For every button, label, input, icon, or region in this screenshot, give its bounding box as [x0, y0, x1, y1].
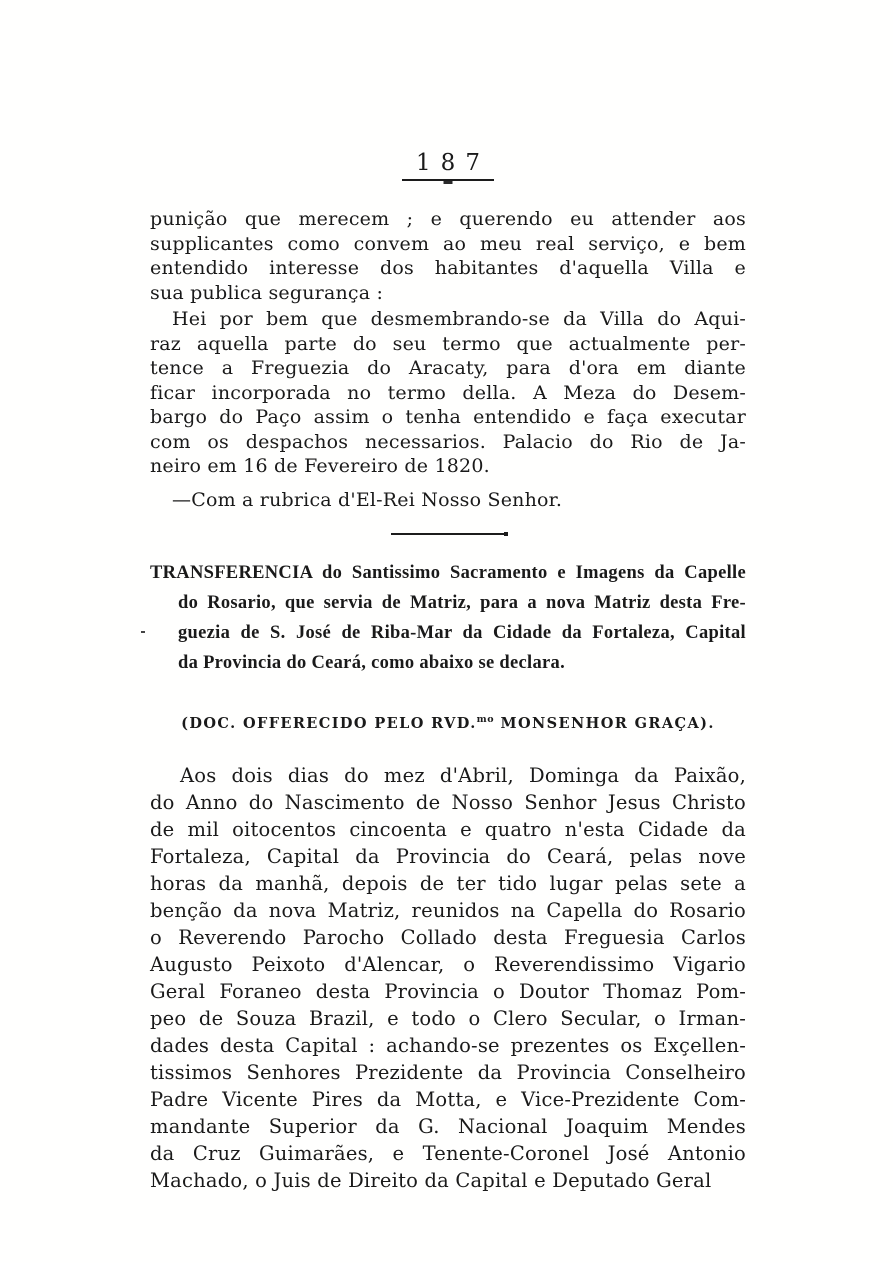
document-source-note: (DOC. OFFERECIDO PELO RVD.mo MONSENHOR G…: [150, 711, 746, 733]
text-line: de mil oitocentos cincoenta e quatro n'e…: [150, 816, 746, 843]
text-line: tissimos Senhores Prezidente da Provinci…: [150, 1059, 746, 1086]
text-line: do Anno do Nascimento de Nosso Senhor Je…: [150, 789, 746, 816]
text-line: tence a Freguezia do Aracaty, para d'ora…: [150, 356, 746, 381]
heading-line: guezia de S. José de Riba-Mar da Cidade …: [150, 618, 746, 648]
text-line: Hei por bem que desmembrando-se da Villa…: [150, 307, 746, 332]
transfer-heading: TRANSFERENCIA do Santissimo Sacramento e…: [150, 558, 746, 678]
text-line: punição que merecem ; e querendo eu atte…: [150, 207, 746, 232]
text-column: 187 punição que merecem ; e querendo eu …: [150, 0, 746, 1194]
section-divider-rule: [391, 533, 506, 535]
text-line: dades desta Capital : achando-se prezent…: [150, 1032, 746, 1059]
text-line: raz aquella parte do seu termo que actua…: [150, 332, 746, 357]
heading-line-text: do Rosario, que servia de Matriz, para a…: [178, 593, 746, 613]
text-line: Geral Foraneo desta Provincia o Doutor T…: [150, 978, 746, 1005]
text-line: ficar incorporada no termo della. A Meza…: [150, 381, 746, 406]
text-line: com os despachos necessarios. Palacio do…: [150, 430, 746, 455]
text-line: Machado, o Juis de Direito da Capital e …: [150, 1167, 746, 1194]
heading-line: TRANSFERENCIA do Santissimo Sacramento e…: [150, 558, 746, 588]
text-line: mandante Superior da G. Nacional Joaquim…: [150, 1113, 746, 1140]
text-line: neiro em 16 de Fevereiro de 1820.: [150, 454, 746, 479]
text-line: bargo do Paço assim o tenha entendido e …: [150, 405, 746, 430]
text-line: supplicantes como convem ao meu real ser…: [150, 232, 746, 257]
page-number-rule: [402, 179, 494, 181]
doc-note-prefix: (DOC. OFFERECIDO PELO RVD.: [181, 715, 477, 732]
decree-paragraph: Hei por bem que desmembrando-se da Villa…: [150, 307, 746, 479]
record-paragraph: Aos dois dias do mez d'Abril, Dominga da…: [150, 762, 746, 1194]
text-line: Aos dois dias do mez d'Abril, Dominga da…: [150, 762, 746, 789]
decree-signature: —Com a rubrica d'El-Rei Nosso Senhor.: [150, 488, 746, 513]
text-line: Augusto Peixoto d'Alencar, o Reverendiss…: [150, 951, 746, 978]
text-line: sua publica segurança :: [150, 281, 746, 306]
heading-line: da Provincia do Ceará, como abaixo se de…: [150, 648, 746, 678]
heading-line: do Rosario, que servia de Matriz, para a…: [150, 588, 746, 618]
text-line: o Reverendo Parocho Collado desta Fregue…: [150, 924, 746, 951]
text-line: Fortaleza, Capital da Provincia do Ceará…: [150, 843, 746, 870]
text-line: benção da nova Matriz, reunidos na Capel…: [150, 897, 746, 924]
scan-speck: [141, 631, 145, 633]
text-line: horas da manhã, depois de ter tido lugar…: [150, 870, 746, 897]
book-page: 187 punição que merecem ; e querendo eu …: [0, 0, 893, 1263]
text-line: Padre Vicente Pires da Motta, e Vice-Pre…: [150, 1086, 746, 1113]
doc-note-superscript: mo: [477, 714, 494, 725]
text-line: —Com a rubrica d'El-Rei Nosso Senhor.: [150, 488, 746, 513]
doc-note-suffix: MONSENHOR GRAÇA).: [494, 715, 715, 732]
decree-continuation-paragraph: punição que merecem ; e querendo eu atte…: [150, 207, 746, 305]
text-line: da Cruz Guimarães, e Tenente-Coronel Jos…: [150, 1140, 746, 1167]
text-line: entendido interesse dos habitantes d'aqu…: [150, 256, 746, 281]
page-number: 187: [150, 150, 746, 176]
text-line: peo de Souza Brazil, e todo o Clero Secu…: [150, 1005, 746, 1032]
